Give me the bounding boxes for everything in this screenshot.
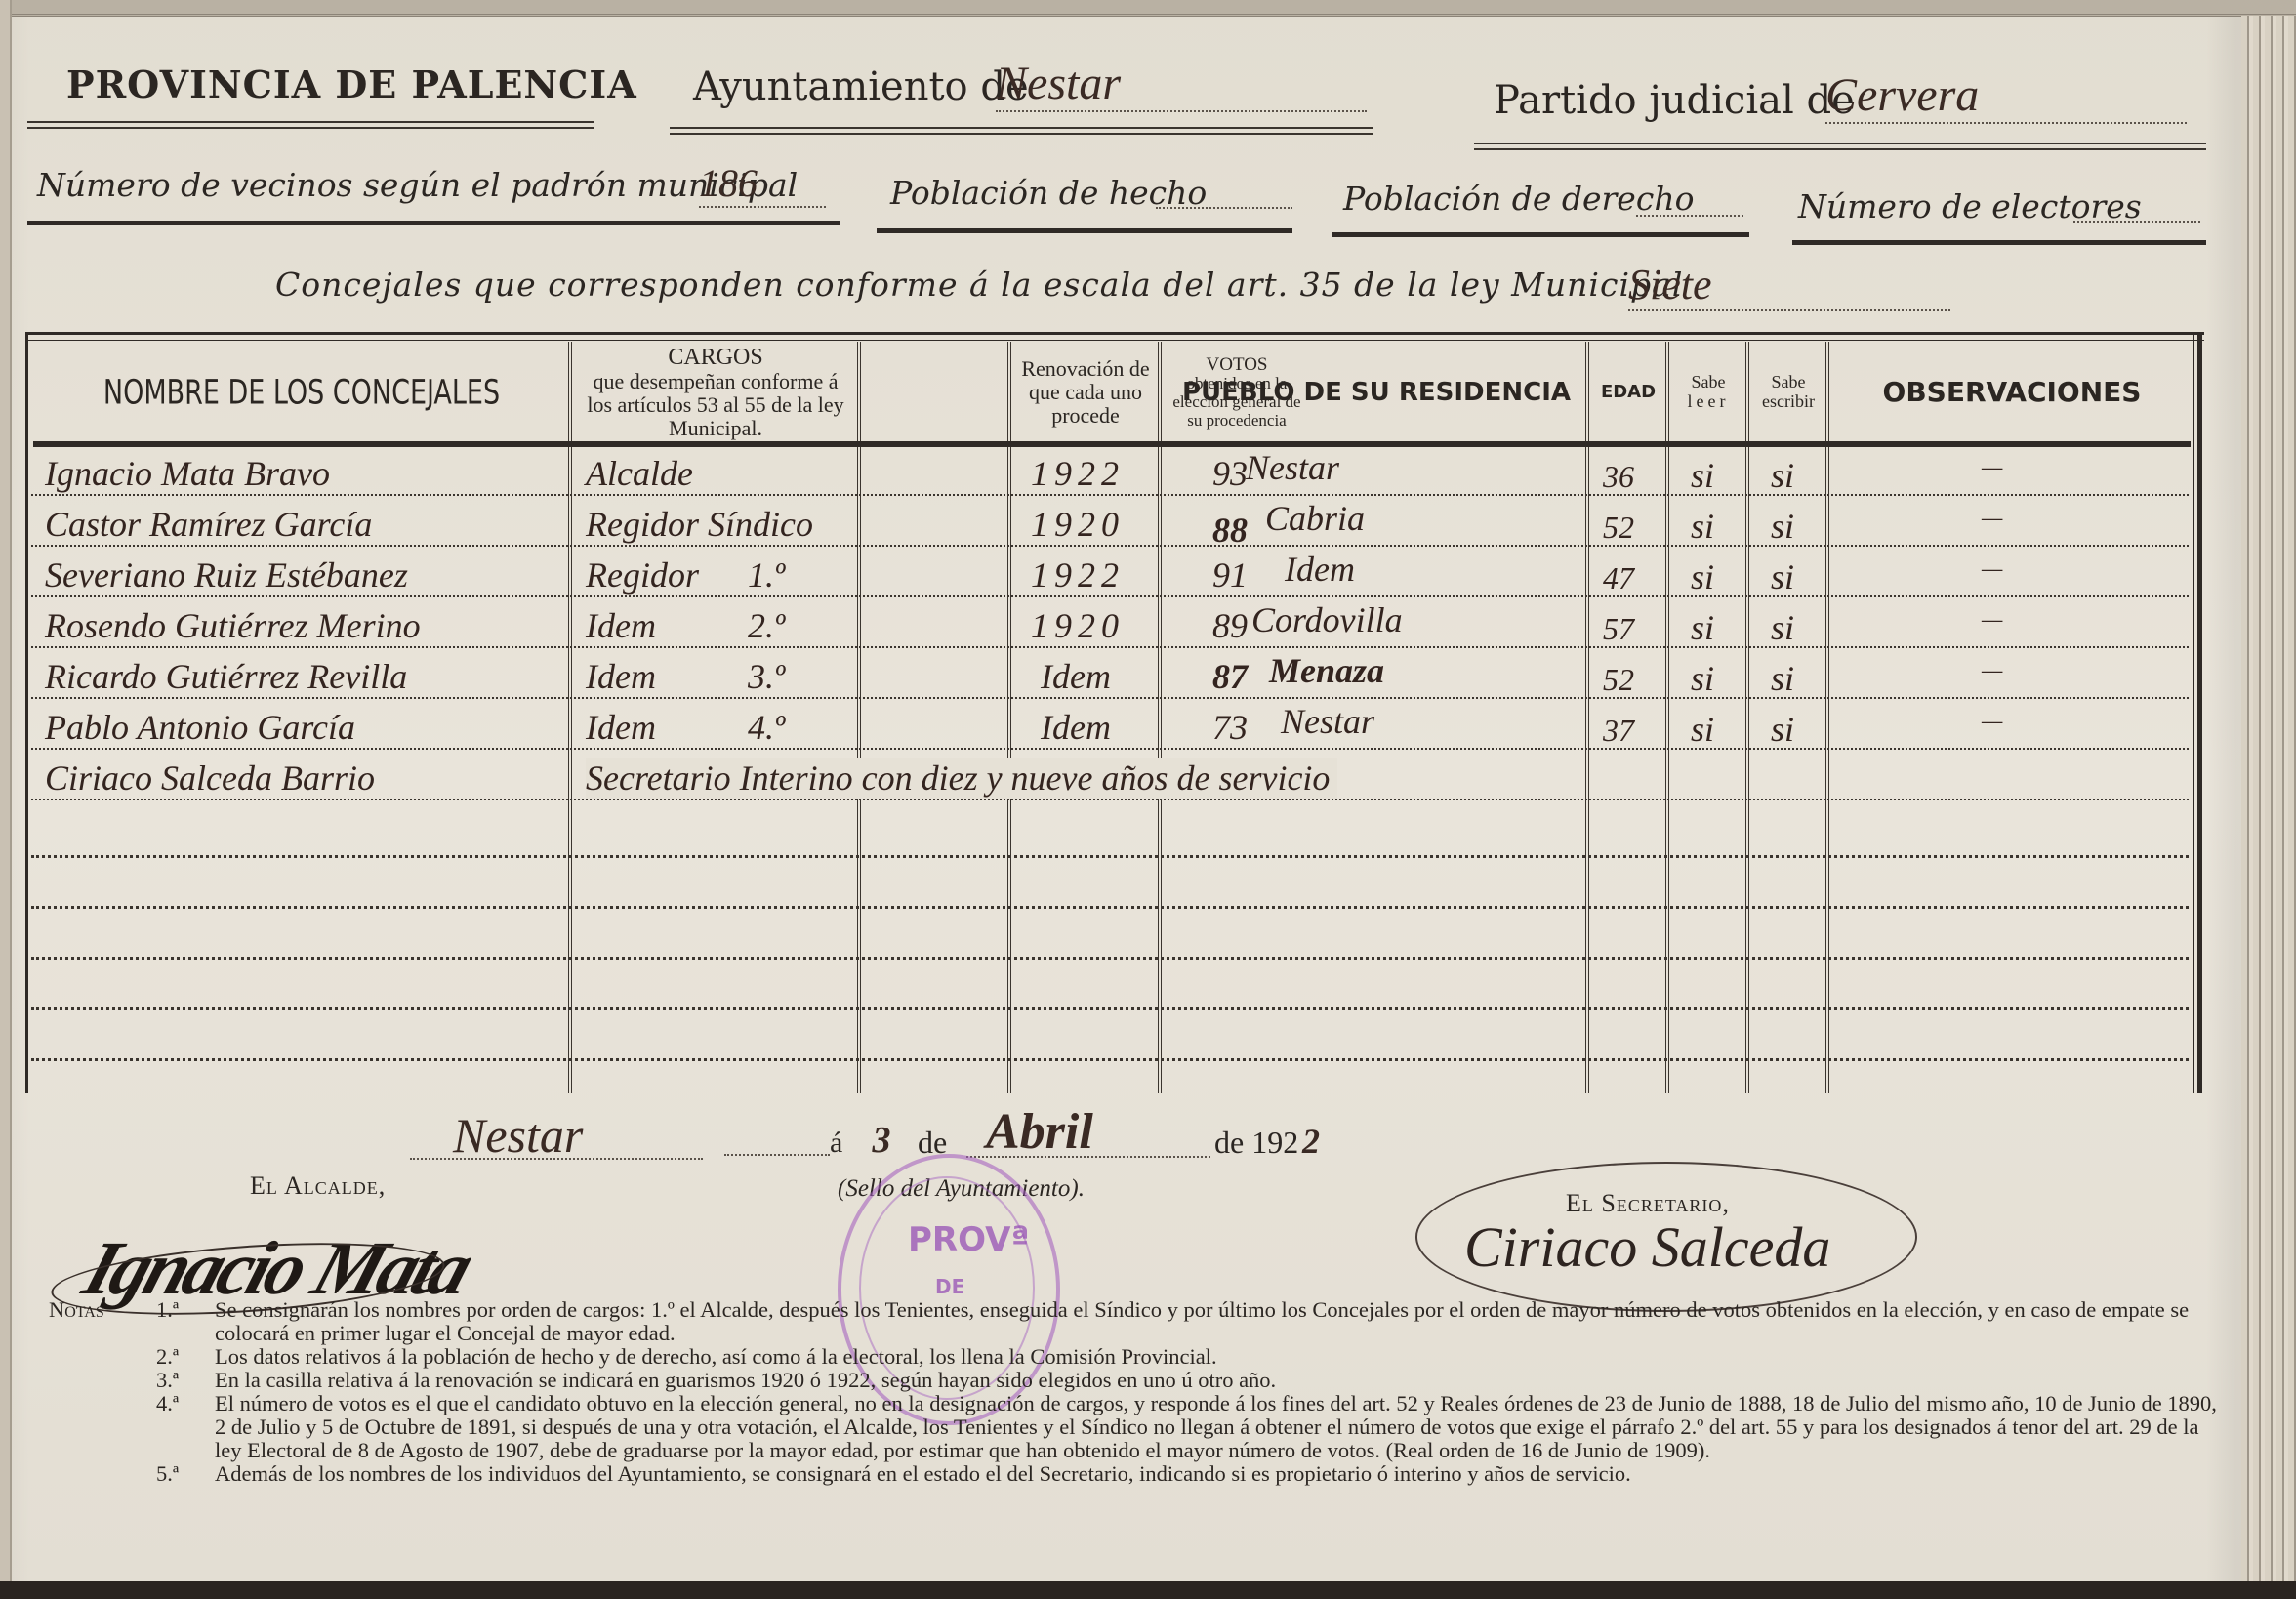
date-a-label: á	[830, 1127, 842, 1160]
note-number: 3.ª	[156, 1369, 179, 1392]
row-rule	[31, 957, 2189, 960]
electores-value	[2073, 195, 2200, 223]
vecinos-underline	[27, 221, 840, 225]
cell-votos: 88	[1212, 510, 1248, 551]
stamp-text-de: DE	[935, 1275, 964, 1298]
cell-edad: 37	[1603, 713, 1634, 749]
cell-observaciones: —	[1982, 455, 2002, 481]
cell-nombre: Severiano Ruiz Estébanez	[45, 554, 408, 595]
note-item: 4.ª El número de votos es el que el cand…	[49, 1392, 2226, 1462]
cell-escribir: si	[1771, 658, 1794, 699]
cell-renovacion: 1920	[1031, 504, 1125, 545]
row-rule	[31, 1007, 2189, 1010]
note-number: 4.ª	[156, 1392, 179, 1415]
cell-votos: 87	[1212, 656, 1248, 697]
row-rule	[31, 697, 2189, 699]
note-item: 2.ª Los datos relativos á la población d…	[49, 1345, 2226, 1369]
notes-label: Notas	[49, 1298, 104, 1322]
ayuntamiento-label: Ayuntamiento de	[693, 64, 1029, 109]
partido-underline	[1474, 143, 2206, 150]
table-left-border	[25, 332, 28, 1093]
poblacion-derecho-underline	[1332, 232, 1749, 237]
cell-cargo-secretario: Secretario Interino con diez y nueve año…	[586, 758, 1337, 799]
cell-cargo: Idem	[586, 707, 656, 748]
cell-renovacion: 1922	[1031, 554, 1125, 595]
alcalde-label: El Alcalde,	[250, 1171, 386, 1201]
date-year-label: de 192	[1214, 1125, 1298, 1161]
cell-cargo: Idem	[586, 656, 656, 697]
cell-escribir: si	[1771, 455, 1794, 496]
note-number: 2.ª	[156, 1345, 179, 1369]
cell-cargo: Idem	[586, 605, 656, 646]
note-text: En la casilla relativa á la renovación s…	[215, 1368, 1276, 1392]
row-rule	[31, 595, 2189, 597]
cell-observaciones: —	[1982, 709, 2002, 735]
concejales-label: Concejales que corresponden conforme á l…	[275, 266, 1683, 304]
note-item: 5.ª Además de los nombres de los individ…	[49, 1462, 2226, 1486]
cell-escribir: si	[1771, 607, 1794, 648]
col-divider	[1665, 342, 1669, 1093]
cell-cargo: Alcalde	[586, 453, 693, 494]
province-title: PROVINCIA DE PALENCIA	[66, 62, 637, 106]
cell-votos: 73	[1212, 707, 1248, 748]
cell-leer: si	[1691, 607, 1714, 648]
cell-cargo-num: 3.º	[748, 656, 785, 697]
cell-leer: si	[1691, 709, 1714, 750]
cell-leer: si	[1691, 556, 1714, 597]
cargos-subtitle: que desempeñan conforme á los artículos …	[579, 370, 852, 441]
cell-observaciones: —	[1982, 506, 2002, 532]
cell-nombre: Ricardo Gutiérrez Revilla	[45, 656, 407, 697]
cell-leer: si	[1691, 658, 1714, 699]
concejales-value: Siete	[1628, 260, 1950, 311]
cell-votos: 93	[1212, 453, 1248, 494]
col-divider	[1825, 342, 1829, 1093]
date-place-field: Nestar	[410, 1119, 703, 1160]
row-rule	[31, 646, 2189, 648]
ayuntamiento-value: Nestar	[996, 57, 1367, 112]
cell-edad: 47	[1603, 560, 1634, 596]
sabe-leer-subtitle: leer	[1688, 392, 1730, 412]
row-rule	[31, 748, 2189, 750]
page-left-edge	[0, 0, 12, 1581]
date-day: 3	[857, 1119, 906, 1162]
notes-section: Notas 1.ª Se consignarán los nombres por…	[49, 1298, 2226, 1486]
cell-observaciones: —	[1982, 658, 2002, 684]
cell-escribir: si	[1771, 556, 1794, 597]
row-rule	[31, 494, 2189, 496]
note-item: Notas 1.ª Se consignarán los nombres por…	[49, 1298, 2226, 1345]
col-divider	[1007, 342, 1011, 1093]
cell-renovacion: Idem	[1041, 707, 1111, 748]
note-text: Además de los nombres de los individuos …	[215, 1461, 1631, 1486]
poblacion-derecho-value	[1636, 189, 1743, 217]
page-top-edge	[0, 0, 2296, 17]
cell-cargo-num: 4.º	[748, 707, 785, 748]
note-number: 1.ª	[156, 1298, 179, 1322]
note-text: Se consignarán los nombres por orden de …	[215, 1297, 2189, 1345]
cell-pueblo: Menaza	[1269, 650, 1384, 691]
cell-nombre: Castor Ramírez García	[45, 504, 372, 545]
poblacion-hecho-underline	[877, 228, 1292, 233]
col-divider	[568, 342, 572, 1093]
cell-cargo-num: 1.º	[748, 554, 785, 595]
table-right-border	[2193, 332, 2202, 1093]
cell-pueblo: Cordovilla	[1251, 599, 1403, 640]
row-rule	[31, 799, 2189, 800]
poblacion-hecho-value	[1156, 182, 1292, 209]
cell-leer: si	[1691, 455, 1714, 496]
cell-nombre: Ignacio Mata Bravo	[45, 453, 330, 494]
col-header-sabe-leer: Sabe leer	[1671, 346, 1745, 439]
row-rule	[31, 545, 2189, 547]
col-header-nombre: NOMBRE DE LOS CONCEJALES	[35, 339, 568, 446]
cell-cargo: Regidor Síndico	[586, 504, 813, 545]
date-month: Abril	[986, 1103, 1093, 1161]
cell-votos: 91	[1212, 554, 1248, 595]
ayuntamiento-underline	[670, 127, 1373, 135]
cell-cargo: Regidor	[586, 554, 699, 595]
note-text: El número de votos es el que el candidat…	[215, 1391, 2217, 1462]
concejales-table: NOMBRE DE LOS CONCEJALES CARGOS que dese…	[25, 332, 2204, 1093]
date-spacer	[724, 1128, 830, 1156]
cell-pueblo: Idem	[1285, 549, 1355, 590]
note-text: Los datos relativos á la población de he…	[215, 1344, 1217, 1369]
vecinos-label: Número de vecinos según el padrón munici…	[37, 166, 798, 204]
note-item: 3.ª En la casilla relativa á la renovaci…	[49, 1369, 2226, 1392]
cell-votos: 89	[1212, 605, 1248, 646]
cell-observaciones: —	[1982, 607, 2002, 634]
col-header-observaciones: OBSERVACIONES	[1831, 346, 2193, 439]
cell-pueblo: Nestar	[1246, 447, 1339, 488]
cell-edad: 36	[1603, 459, 1634, 495]
col-header-edad: EDAD	[1591, 346, 1665, 439]
cell-escribir: si	[1771, 506, 1794, 547]
cargos-title: CARGOS	[668, 345, 762, 370]
vecinos-value: 186	[699, 160, 826, 208]
row-rule	[31, 906, 2189, 909]
cell-nombre: Ciriaco Salceda Barrio	[45, 758, 375, 799]
cell-renovacion: Idem	[1041, 656, 1111, 697]
col-header-sabe-escribir: Sabe escribir	[1751, 346, 1825, 439]
electores-underline	[1792, 240, 2206, 245]
document-page: PROVINCIA DE PALENCIA Ayuntamiento de Ne…	[0, 0, 2296, 1581]
book-page-edges	[2241, 16, 2296, 1581]
cell-pueblo: Cabria	[1265, 498, 1365, 539]
stamp-text-prov: PROVª	[908, 1220, 1030, 1259]
col-header-pueblo: PUEBLO DE SU RESIDENCIA	[1168, 346, 1585, 439]
cell-escribir: si	[1771, 709, 1794, 750]
partido-value: Cervera	[1825, 68, 2187, 124]
date-place: Nestar	[453, 1107, 583, 1164]
cell-cargo-num: 2.º	[748, 605, 785, 646]
sabe-escribir-title: Sabe	[1772, 373, 1806, 392]
col-header-renovacion: Renovación de que cada uno procede	[1013, 346, 1158, 439]
cell-edad: 57	[1603, 611, 1634, 647]
row-rule	[31, 1058, 2189, 1061]
col-header-cargos: CARGOS que desempeñan conforme á los art…	[574, 346, 857, 439]
partido-label: Partido judicial de	[1494, 78, 1855, 123]
col-divider	[1585, 342, 1589, 1093]
cell-nombre: Pablo Antonio García	[45, 707, 355, 748]
cell-observaciones: —	[1982, 556, 2002, 583]
province-underline	[27, 121, 594, 129]
cell-pueblo: Nestar	[1281, 701, 1374, 742]
col-divider	[1745, 342, 1749, 1093]
sabe-leer-title: Sabe	[1692, 373, 1726, 392]
cell-renovacion: 1920	[1031, 605, 1125, 646]
cell-renovacion: 1922	[1031, 453, 1125, 494]
date-year-last: 2	[1302, 1121, 1320, 1162]
col-divider	[1158, 342, 1162, 1093]
note-number: 5.ª	[156, 1462, 179, 1486]
row-rule	[31, 855, 2189, 858]
cell-edad: 52	[1603, 662, 1634, 698]
date-month-field: Abril	[966, 1119, 1210, 1158]
cell-leer: si	[1691, 506, 1714, 547]
cell-edad: 52	[1603, 510, 1634, 546]
sabe-escribir-subtitle: escribir	[1762, 392, 1815, 412]
cell-nombre: Rosendo Gutiérrez Merino	[45, 605, 421, 646]
col-divider	[857, 342, 861, 1093]
secretario-signature: Ciriaco Salceda	[1464, 1214, 1830, 1280]
